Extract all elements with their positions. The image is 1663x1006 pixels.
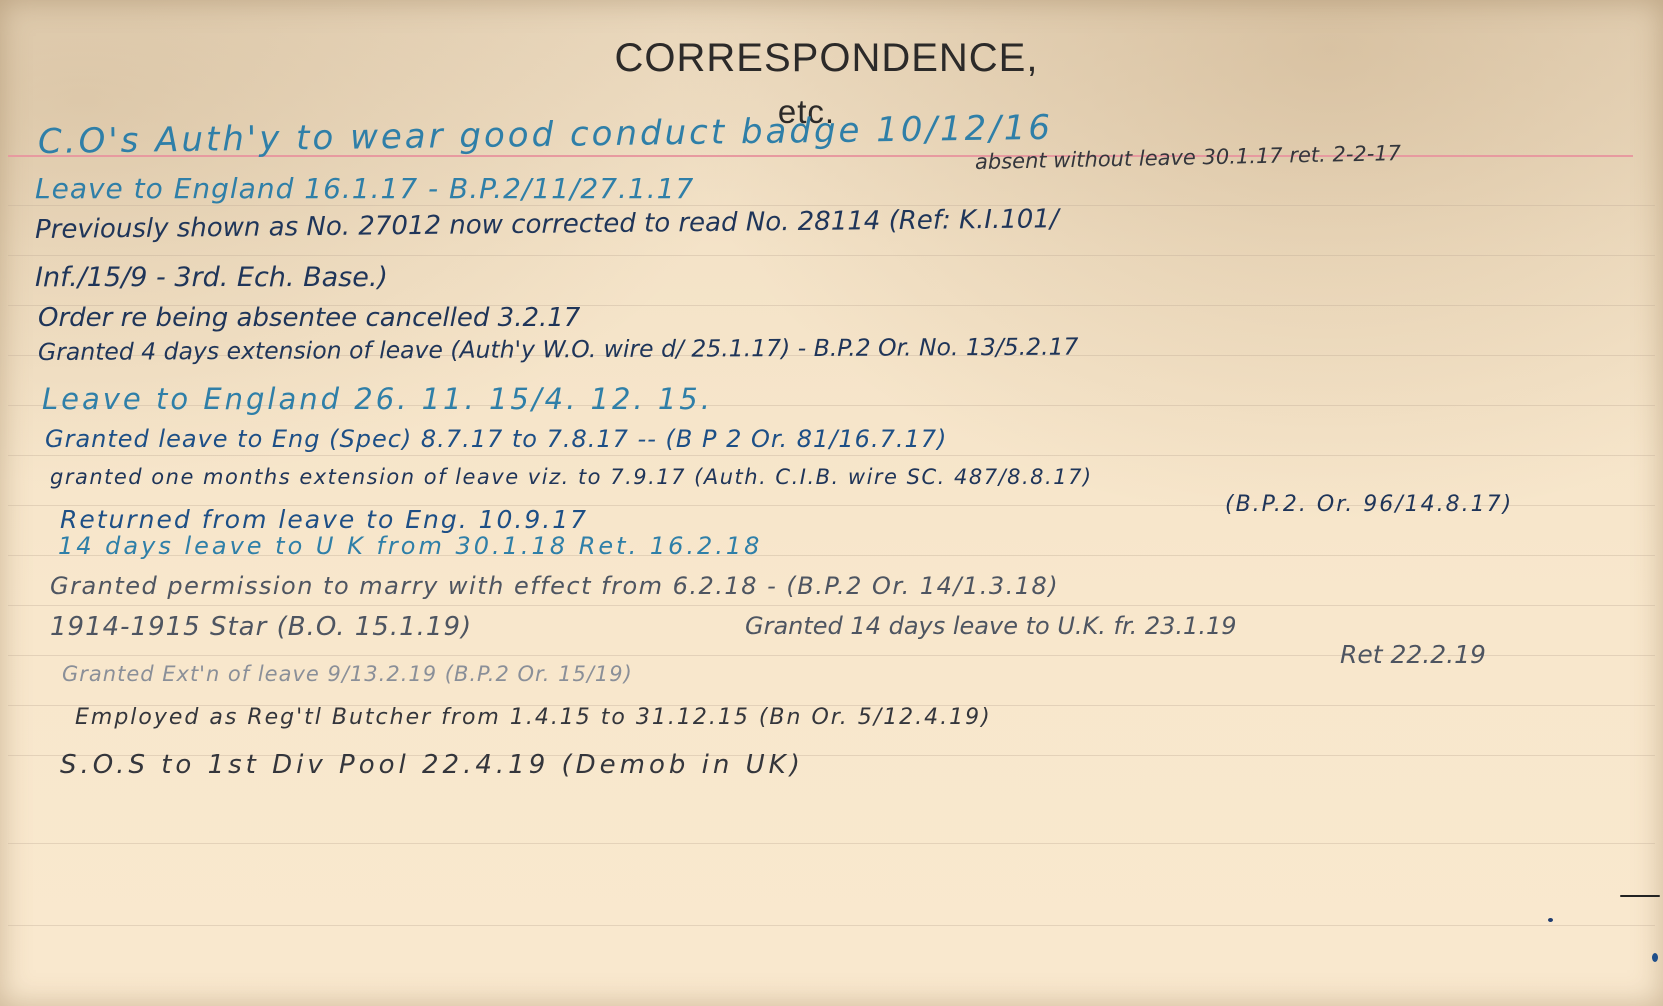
entry-demob: S.O.S to 1st Div Pool 22.4.19 (Demob in … (60, 750, 804, 780)
ruled-line (8, 925, 1655, 926)
ruled-line (8, 605, 1655, 606)
entry-leave-uk-1919: Granted 14 days leave to U.K. fr. 23.1.1… (745, 612, 1237, 640)
entry-absentee-cancelled: Order re being absentee cancelled 3.2.17 (38, 303, 580, 333)
ink-speck (1652, 953, 1658, 962)
entry-special-leave: Granted leave to Eng (Spec) 8.7.17 to 7.… (45, 425, 947, 453)
entry-one-month-extension: granted one months extension of leave vi… (50, 465, 1093, 489)
heading-title: CORRESPONDENCE, (0, 36, 1663, 81)
ink-speck (1548, 918, 1553, 922)
entry-1914-1915-star: 1914-1915 Star (B.O. 15.1.19) (50, 612, 472, 642)
entry-14-days-leave-1918: 14 days leave to U K from 30.1.18 Ret. 1… (58, 532, 762, 560)
entry-number-correction: Previously shown as No. 27012 now correc… (35, 204, 1059, 245)
entry-permission-to-marry: Granted permission to marry with effect … (50, 572, 1059, 600)
entry-number-correction-cont: Inf./15/9 - 3rd. Ech. Base.) (35, 262, 388, 293)
entry-leave-uk-1919-return: Ret 22.2.19 (1340, 640, 1486, 669)
entry-leave-extension-4-days: Granted 4 days extension of leave (Auth'… (38, 333, 1079, 366)
ruled-line (8, 843, 1655, 844)
ruled-line (8, 255, 1655, 256)
entry-one-month-extension-ref: (B.P.2. Or. 96/14.8.17) (1225, 492, 1513, 517)
record-card: CORRESPONDENCE, etc. C.O's Auth'y to wea… (0, 0, 1663, 1006)
entry-returned-from-leave: Returned from leave to Eng. 10.9.17 (60, 505, 588, 534)
ink-mark (1620, 895, 1660, 897)
entry-extension-of-leave-1919: Granted Ext'n of leave 9/13.2.19 (B.P.2 … (62, 662, 633, 686)
ruled-line (8, 455, 1655, 456)
entry-leave-england-1917: Leave to England 16.1.17 - B.P.2/11/27.1… (35, 172, 694, 205)
entry-regimental-butcher: Employed as Reg'tl Butcher from 1.4.15 t… (75, 705, 992, 730)
entry-leave-england-1915: Leave to England 26. 11. 15/4. 12. 15. (42, 382, 713, 416)
